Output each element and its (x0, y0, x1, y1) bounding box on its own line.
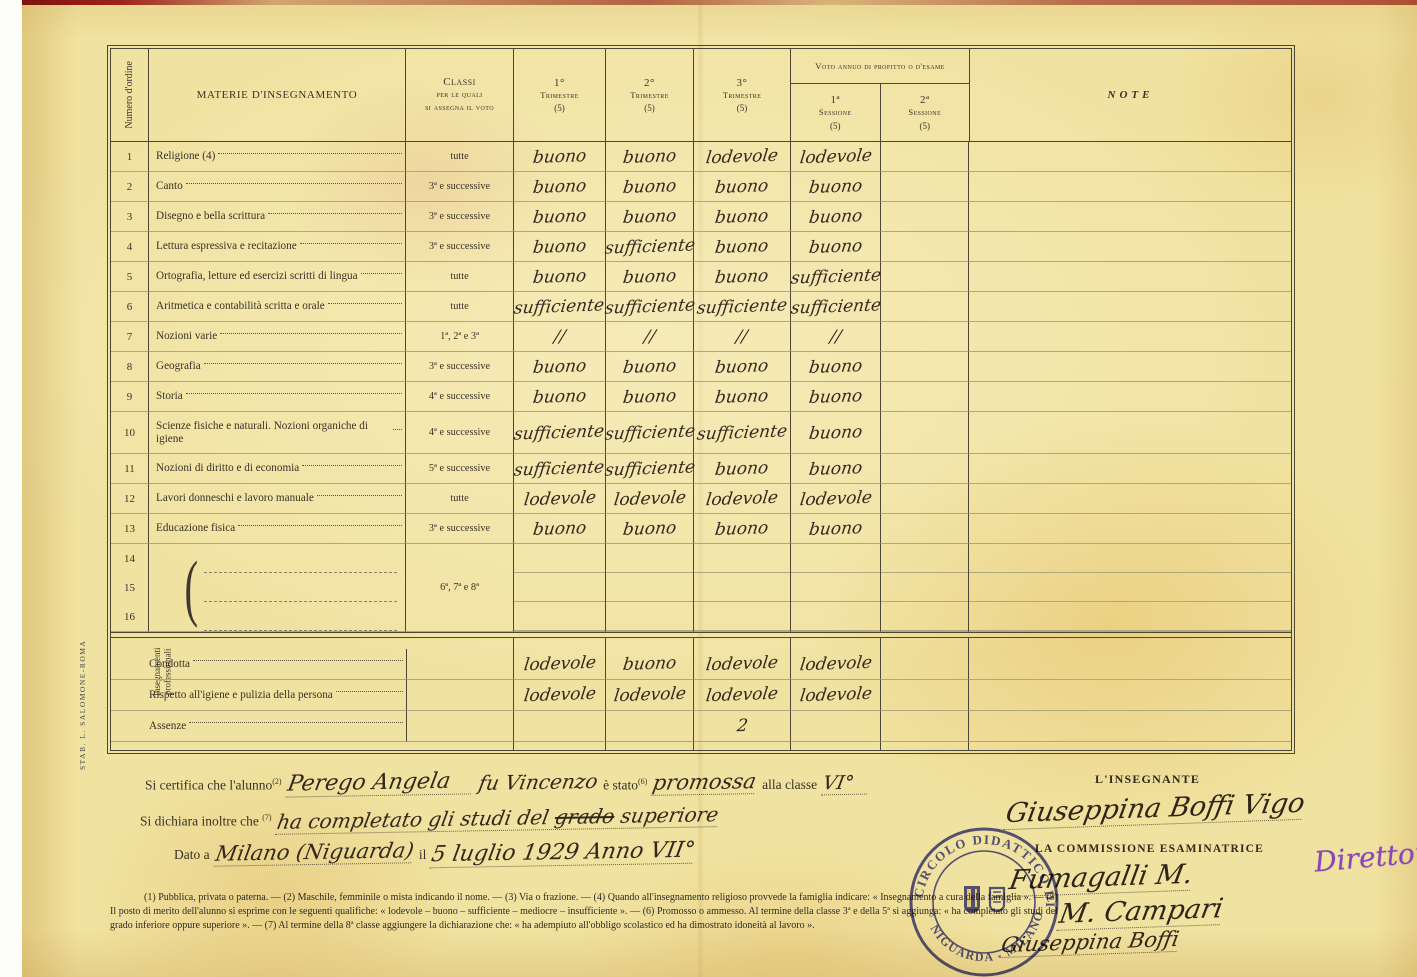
grade-sess1: lodevole (798, 487, 872, 510)
row-number: 7 (111, 322, 149, 352)
grade-trim1: sufficiente (513, 295, 605, 318)
grade-sess2-cell (881, 322, 969, 352)
struck-word: grado (553, 804, 617, 829)
subject-cell: Canto (149, 172, 406, 202)
grade-trim3-cell: buono (694, 352, 791, 382)
classes-value: 3ª e successive (406, 232, 514, 262)
note-label: NOTE (1108, 89, 1154, 101)
grade-sess1: // (829, 326, 843, 346)
grade-trim2-cell: sufficiente (606, 292, 694, 322)
grade-trim2: buono (622, 146, 678, 168)
torn-red-edge (22, 0, 1417, 5)
grade-trim1: lodevole (522, 487, 596, 510)
grade-trim2: sufficiente (603, 235, 695, 258)
subject-label: Aritmetica e contabilità scritta e orale (156, 300, 325, 313)
grade-trim2-cell: buono (606, 172, 694, 202)
printer-mark: STAB. L. SALOMONE-ROMA (78, 610, 87, 770)
subject-cell: Religione (4) (149, 142, 406, 172)
grade-trim2-cell: buono (606, 202, 694, 232)
grade-trim1: sufficiente (513, 421, 605, 444)
conduct-sess1: lodevole (798, 653, 872, 676)
document-paper: STAB. L. SALOMONE-ROMA Numero d'ordine M… (22, 0, 1417, 977)
row-number: 10 (111, 412, 149, 454)
grade-trim1: // (553, 326, 567, 346)
grade-sess2-cell (881, 514, 969, 544)
grade-trim3: buono (714, 176, 770, 198)
conduct-row: Condotta lodevole buono lodevole lodevol… (111, 649, 1291, 680)
grade-sess1-cell: buono (791, 514, 881, 544)
grade-sess2-cell (881, 232, 969, 262)
promotion-result: promossa (651, 769, 759, 796)
grade-sess1: buono (808, 356, 864, 378)
note-cell (969, 232, 1291, 262)
grade-trim2: // (643, 326, 657, 346)
conduct-trim2: buono (622, 653, 678, 675)
grade-sess1: sufficiente (789, 295, 881, 318)
note-cell (969, 142, 1291, 172)
grade-trim1: buono (532, 518, 588, 540)
grade-sess1-cell: buono (791, 382, 881, 412)
note-cell (969, 262, 1291, 292)
row-number: 2 (111, 172, 149, 202)
dotted-leader (186, 393, 402, 394)
grade-trim1-cell: buono (514, 172, 606, 202)
grade-trim3-cell: buono (694, 262, 791, 292)
hygiene-row: Rispetto all'igiene e pulizia della pers… (111, 680, 1291, 711)
table-row: 4 Lettura espressiva e recitazione 3ª e … (111, 232, 1291, 262)
dotted-leader (238, 525, 402, 526)
grade-trim2-cell: sufficiente (606, 412, 694, 454)
subject-label: Nozioni varie (156, 330, 217, 343)
row-number: 12 (111, 484, 149, 514)
grade-trim2-cell: lodevole (606, 484, 694, 514)
conduct-trim1: lodevole (522, 653, 596, 676)
grade-trim3-cell: sufficiente (694, 292, 791, 322)
grade-trim3-cell: buono (694, 232, 791, 262)
grade-trim3: buono (714, 236, 770, 258)
hygiene-label: Rispetto all'igiene e pulizia della pers… (149, 689, 333, 702)
row-number: 8 (111, 352, 149, 382)
table-row: 9 Storia 4ª e successive buono buono buo… (111, 382, 1291, 412)
table-row: 10 Scienze fisiche e naturali. Nozioni o… (111, 412, 1291, 454)
table-row: 8 Geografia 3ª e successive buono buono … (111, 352, 1291, 382)
grade-trim1-cell: buono (514, 232, 606, 262)
grade-sess1-cell: buono (791, 352, 881, 382)
note-cell (969, 454, 1291, 484)
grade-trim1-cell: lodevole (514, 484, 606, 514)
commission-label: LA COMMISSIONE ESAMINATRICE (1035, 843, 1264, 855)
grade-trim3: lodevole (705, 145, 779, 168)
grade-sess1: buono (808, 518, 864, 540)
note-cell (969, 202, 1291, 232)
row-number: 5 (111, 262, 149, 292)
classes-value: 3ª e successive (406, 352, 514, 382)
grade-trim2-cell: sufficiente (606, 454, 694, 484)
note-cell (969, 292, 1291, 322)
header-sessione-1: 1ª Sessione (5) (791, 84, 881, 141)
grade-trim2: sufficiente (603, 421, 695, 444)
subject-cell: Disegno e bella scrittura (149, 202, 406, 232)
header-sessione-2: 2ª Sessione (5) (881, 84, 970, 141)
table-row: 3 Disegno e bella scrittura 3ª e success… (111, 202, 1291, 232)
grade-trim2: sufficiente (603, 457, 695, 480)
grade-trim2: lodevole (612, 487, 686, 510)
header-classi: Classi per le quali si assegna il voto (406, 49, 514, 141)
grade-sess2-cell (881, 454, 969, 484)
grade-trim1: buono (532, 386, 588, 408)
subject-cell: Geografia (149, 352, 406, 382)
table-row: 2 Canto 3ª e successive buono buono buon… (111, 172, 1291, 202)
grade-trim1-cell: // (514, 322, 606, 352)
subject-label: Canto (156, 180, 183, 193)
note-cell (969, 484, 1291, 514)
grade-sess1: buono (808, 386, 864, 408)
dotted-leader (204, 363, 402, 364)
grade-sess1-cell: lodevole (791, 484, 881, 514)
dotted-leader (218, 153, 402, 154)
table-row: 6 Aritmetica e contabilità scritta e ora… (111, 292, 1291, 322)
grade-sess1-cell: sufficiente (791, 292, 881, 322)
numero-ordine-label: Numero d'ordine (124, 61, 135, 129)
subject-label: Geografia (156, 360, 201, 373)
grade-trim3-cell: buono (694, 172, 791, 202)
table-row: 12 Lavori donneschi e lavoro manuale tut… (111, 484, 1291, 514)
table-row: 5 Ortografia, letture ed esercizi scritt… (111, 262, 1291, 292)
classes-value: 3ª e successive (406, 514, 514, 544)
row-number: 11 (111, 454, 149, 484)
subject-cell: Aritmetica e contabilità scritta e orale (149, 292, 406, 322)
certificate-line-2: Si dichiara inoltre che (7) ha completat… (140, 806, 717, 831)
prof-row-numbers: 14 15 16 (111, 544, 149, 632)
grade-sess2-cell (881, 382, 969, 412)
blank-write-lines (204, 538, 405, 637)
classes-value: 4ª e successive (406, 412, 514, 454)
grade-trim3: sufficiente (696, 421, 788, 444)
grade-sess1: buono (808, 176, 864, 198)
classes-value: tutte (406, 142, 514, 172)
prof-classes-value: 6ª, 7ª e 8ª (406, 544, 514, 632)
grade-trim2: buono (622, 266, 678, 288)
classes-value: 4ª e successive (406, 382, 514, 412)
subject-cell: Nozioni di diritto e di economia (149, 454, 406, 484)
note-cell (969, 352, 1291, 382)
svg-text:NIGUARDA - MILANO: NIGUARDA - MILANO (927, 909, 1046, 964)
subject-label: Storia (156, 390, 183, 403)
materie-label: MATERIE D'INSEGNAMENTO (197, 89, 358, 101)
grade-sess2-cell (881, 202, 969, 232)
absences-row: Assenze 2 (111, 711, 1291, 742)
grade-sess1-cell: buono (791, 172, 881, 202)
dotted-leader (300, 243, 402, 244)
grade-sess1: buono (808, 458, 864, 480)
row-number: 13 (111, 514, 149, 544)
classes-value: tutte (406, 484, 514, 514)
subject-label: Scienze fisiche e naturali. Nozioni orga… (156, 420, 390, 445)
stamp-text-bottom: NIGUARDA - MILANO (927, 909, 1046, 964)
grade-trim1-cell: buono (514, 382, 606, 412)
classes-value: tutte (406, 292, 514, 322)
grade-sess1: lodevole (798, 145, 872, 168)
grade-trim3-cell: // (694, 322, 791, 352)
subject-label: Lettura espressiva e recitazione (156, 240, 297, 253)
voto-annuo-label: Voto annuo di profitto o d'esame (791, 49, 969, 84)
grade-trim3: buono (714, 356, 770, 378)
absences-label: Assenze (149, 720, 186, 733)
header-trimestre-1: 1° Trimestre (5) (514, 49, 606, 141)
header-numero-ordine: Numero d'ordine (111, 49, 149, 141)
subject-label: Religione (4) (156, 150, 215, 163)
grade-sess2-cell (881, 172, 969, 202)
grade-trim3-cell: sufficiente (694, 412, 791, 454)
dotted-leader (186, 183, 402, 184)
certificate-line-3: Dato a Milano (Niguarda) il 5 luglio 192… (174, 840, 695, 866)
grade-trim2: sufficiente (603, 295, 695, 318)
dotted-leader (328, 303, 402, 304)
grade-trim3: buono (714, 518, 770, 540)
header-voto-annuo: Voto annuo di profitto o d'esame 1ª Sess… (791, 49, 970, 141)
grade-sess2-cell (881, 262, 969, 292)
absences-count: 2 (735, 716, 748, 736)
grade-trim2: buono (622, 356, 678, 378)
subject-label: Ortografia, letture ed esercizi scritti … (156, 270, 358, 283)
commission-signature-2: M. Campari (1057, 893, 1226, 931)
subject-cell: Scienze fisiche e naturali. Nozioni orga… (149, 412, 406, 454)
grade-sess1: buono (808, 422, 864, 444)
grade-trim3-cell: buono (694, 514, 791, 544)
grade-trim3: // (735, 326, 749, 346)
grade-trim2-cell: // (606, 322, 694, 352)
grade-trim1-cell: buono (514, 514, 606, 544)
grade-trim2-cell: buono (606, 352, 694, 382)
grade-trim2-cell: buono (606, 262, 694, 292)
grade-trim2: buono (622, 176, 678, 198)
subject-cell: Ortografia, letture ed esercizi scritti … (149, 262, 406, 292)
dotted-leader (220, 333, 402, 334)
grade-trim3-cell: buono (694, 454, 791, 484)
classes-value: 5ª e successive (406, 454, 514, 484)
header-materie: MATERIE D'INSEGNAMENTO (149, 49, 406, 141)
subject-cell: Nozioni varie (149, 322, 406, 352)
grade-sess1: buono (808, 206, 864, 228)
grade-trim2: buono (622, 206, 678, 228)
grade-sess2-cell (881, 412, 969, 454)
student-name: Perego Angela (285, 768, 475, 797)
grade-sess1-cell: buono (791, 412, 881, 454)
grade-trim1: buono (532, 146, 588, 168)
subject-label: Disegno e bella scrittura (156, 210, 265, 223)
classes-value: 3ª e successive (406, 202, 514, 232)
dotted-leader (361, 273, 402, 274)
note-cell (969, 412, 1291, 454)
table-row: 7 Nozioni varie 1ª, 2ª e 3ª // // // // (111, 322, 1291, 352)
grade-sess2-cell (881, 352, 969, 382)
row-number: 3 (111, 202, 149, 232)
grade-trim1-cell: buono (514, 142, 606, 172)
grade-trim3-cell: buono (694, 382, 791, 412)
table-header: Numero d'ordine MATERIE D'INSEGNAMENTO C… (111, 49, 1291, 142)
classes-value: 1ª, 2ª e 3ª (406, 322, 514, 352)
row-number: 4 (111, 232, 149, 262)
grade-trim2: buono (622, 386, 678, 408)
grade-trim3: buono (714, 266, 770, 288)
conduct-trim3: lodevole (705, 653, 779, 676)
grade-trim1-cell: sufficiente (514, 454, 606, 484)
row-number: 9 (111, 382, 149, 412)
grade-trim1: sufficiente (513, 457, 605, 480)
promoted-to-class: VI° (821, 772, 871, 796)
subject-label: Educazione fisica (156, 522, 235, 535)
date-issued: 5 luglio 1929 Anno VII° (430, 838, 698, 869)
grade-trim2: buono (622, 518, 678, 540)
grade-trim1-cell: sufficiente (514, 292, 606, 322)
grade-trim1-cell: buono (514, 262, 606, 292)
classes-value: tutte (406, 262, 514, 292)
grades-table: Numero d'ordine MATERIE D'INSEGNAMENTO C… (110, 48, 1292, 751)
professional-teachings-block: 14 15 16 Insegnamenti professionali ( 6ª… (111, 544, 1291, 632)
stamp-emblem-shields (964, 886, 1004, 913)
subject-rows: 1 Religione (4) tutte buono buono lodevo… (111, 142, 1291, 544)
header-trimestre-2: 2° Trimestre (5) (606, 49, 694, 141)
note-cell (969, 382, 1291, 412)
table-row: 11 Nozioni di diritto e di economia 5ª e… (111, 454, 1291, 484)
grade-trim2-cell: buono (606, 514, 694, 544)
grade-sess1: buono (808, 236, 864, 258)
grade-trim2-cell: buono (606, 382, 694, 412)
grade-trim3-cell: buono (694, 202, 791, 232)
grade-sess1-cell: lodevole (791, 142, 881, 172)
grade-trim1: buono (532, 236, 588, 258)
grade-trim1: buono (532, 176, 588, 198)
note-cell (969, 172, 1291, 202)
grade-trim3-cell: lodevole (694, 484, 791, 514)
grade-trim1: buono (532, 206, 588, 228)
grade-sess1-cell: buono (791, 454, 881, 484)
teacher-label: L'INSEGNANTE (1095, 772, 1200, 787)
dotted-leader (317, 495, 402, 496)
grade-sess2-cell (881, 484, 969, 514)
grade-sess1-cell: buono (791, 202, 881, 232)
grade-sess2-cell (881, 292, 969, 322)
table-row: 1 Religione (4) tutte buono buono lodevo… (111, 142, 1291, 172)
header-note: NOTE (970, 49, 1291, 141)
scanned-report-card: STAB. L. SALOMONE-ROMA Numero d'ordine M… (0, 0, 1417, 977)
grade-sess1-cell: sufficiente (791, 262, 881, 292)
subject-cell: Lettura espressiva e recitazione (149, 232, 406, 262)
grade-trim3: lodevole (705, 487, 779, 510)
grade-trim3: buono (714, 386, 770, 408)
grade-trim1-cell: sufficiente (514, 412, 606, 454)
dotted-leader (268, 213, 402, 214)
grade-sess1-cell: buono (791, 232, 881, 262)
dotted-leader (302, 465, 402, 466)
row-number: 6 (111, 292, 149, 322)
header-trimestre-3: 3° Trimestre (5) (694, 49, 791, 141)
dotted-leader (393, 429, 402, 430)
subject-label: Lavori donneschi e lavoro manuale (156, 492, 314, 505)
grade-trim3-cell: lodevole (694, 142, 791, 172)
prof-subject-cell: Insegnamenti professionali ( (149, 544, 406, 632)
paternity: fu Vincenzo (476, 769, 599, 795)
grade-sess1-cell: // (791, 322, 881, 352)
subject-cell: Lavori donneschi e lavoro manuale (149, 484, 406, 514)
note-cell (969, 322, 1291, 352)
grade-trim2-cell: buono (606, 142, 694, 172)
grade-trim2-cell: sufficiente (606, 232, 694, 262)
grade-sess2-cell (881, 142, 969, 172)
director-annotation: Direttore (1313, 834, 1417, 878)
grade-trim1: buono (532, 266, 588, 288)
grade-trim3: buono (714, 458, 770, 480)
grade-trim1-cell: buono (514, 352, 606, 382)
grade-sess1: sufficiente (789, 265, 881, 288)
grade-trim1: buono (532, 356, 588, 378)
place-issued: Milano (Niguarda) (213, 838, 415, 866)
note-cell (969, 514, 1291, 544)
conduct-label: Condotta (149, 658, 190, 671)
certificate-line-1: Si certifica che l'alunno(2) Perego Ange… (145, 770, 869, 796)
classes-value: 3ª e successive (406, 172, 514, 202)
grade-trim3: buono (714, 206, 770, 228)
grade-trim1-cell: buono (514, 202, 606, 232)
grade-trim3: sufficiente (696, 295, 788, 318)
subject-label: Nozioni di diritto e di economia (156, 462, 299, 475)
row-number: 1 (111, 142, 149, 172)
school-district-stamp: CIRCOLO DIDATTICO DI NIGUARDA - MILANO (906, 824, 1062, 977)
subject-cell: Storia (149, 382, 406, 412)
